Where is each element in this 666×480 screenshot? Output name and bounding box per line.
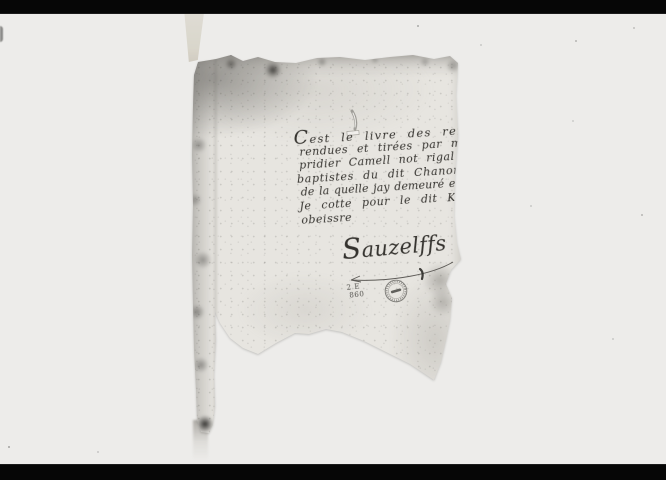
- tape-wedge: [181, 13, 209, 63]
- film-bar-bottom: [0, 464, 666, 480]
- archive-reference: 2 E 860: [346, 283, 365, 300]
- paper-document: Cest le livre des rentes rendues et tiré…: [185, 50, 470, 445]
- round-stamp-icon: [383, 278, 409, 304]
- film-bar-top: [0, 0, 666, 14]
- archive-reference-line: 860: [349, 291, 365, 300]
- film-edge-nub: [0, 26, 3, 42]
- scan-page: Cest le livre des rentes rendues et tiré…: [0, 0, 666, 480]
- signature-flourish: [351, 262, 453, 282]
- manuscript-text-block: Cest le livre des rentes rendues et tiré…: [293, 122, 468, 227]
